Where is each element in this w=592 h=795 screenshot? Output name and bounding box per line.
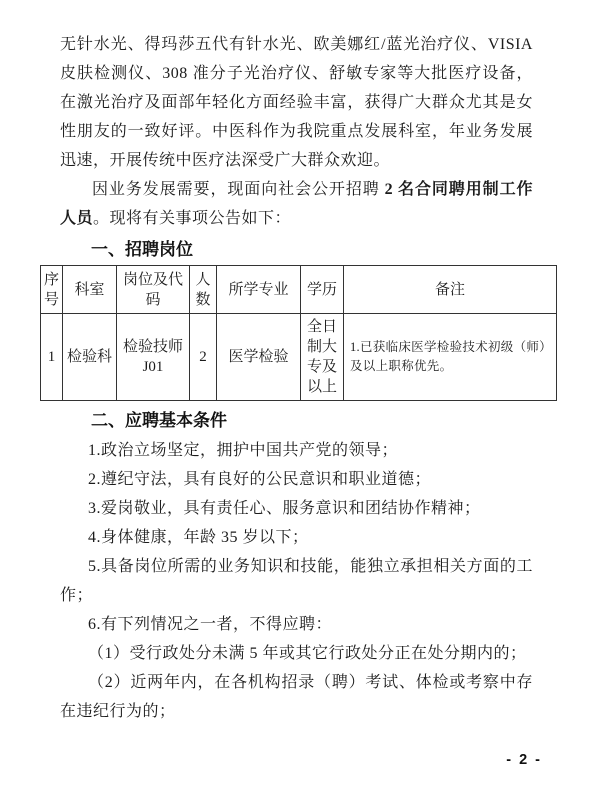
recruitment-text-post: 。现将有关事项公告如下： (93, 210, 291, 227)
conditions-list: 1.政治立场坚定，拥护中国共产党的领导； 2.遵纪守法，具有良好的公民意识和职业… (60, 436, 533, 726)
positions-table: 序号 科室 岗位及代码 人数 所学专业 学历 备注 1 检验科 检验技师 J01 (40, 265, 557, 401)
header-note: 备注 (344, 266, 557, 314)
condition-item: 6.有下列情况之一者，不得应聘： (60, 610, 533, 639)
table-header-row: 序号 科室 岗位及代码 人数 所学专业 学历 备注 (41, 266, 557, 314)
section-heading-positions: 一、招聘岗位 (60, 236, 533, 263)
recruitment-text-pre: 因业务发展需要，现面向社会公开招聘 (92, 181, 385, 198)
cell-note: 1.已获临床医学检验技术初级（师）及以上职称优先。 (344, 314, 557, 401)
cell-seq: 1 (41, 314, 63, 401)
cell-count: 2 (190, 314, 217, 401)
table-row: 1 检验科 检验技师 J01 2 医学检验 全日制大专及以上 1.已获临床医学检… (41, 314, 557, 401)
cell-position-code: 检验技师 J01 (117, 314, 190, 401)
intro-paragraph: 无针水光、得玛莎五代有针水光、欧美娜红/蓝光治疗仪、VISIA皮肤检测仪、308… (60, 30, 533, 175)
condition-item: （2）近两年内，在各机构招录（聘）考试、体检或考察中存在违纪行为的； (60, 668, 533, 726)
cell-code: J01 (119, 357, 187, 377)
condition-item: 3.爱岗敬业，具有责任心、服务意识和团结协作精神； (60, 494, 533, 523)
recruitment-paragraph: 因业务发展需要，现面向社会公开招聘 2 名合同聘用制工作人员。现将有关事项公告如… (60, 175, 533, 233)
header-education: 学历 (301, 266, 344, 314)
cell-major: 医学检验 (217, 314, 301, 401)
condition-item: （1）受行政处分未满 5 年或其它行政处分正在处分期内的； (60, 639, 533, 668)
condition-item: 4.身体健康，年龄 35 岁以下； (60, 523, 533, 552)
document-page: 无针水光、得玛莎五代有针水光、欧美娜红/蓝光治疗仪、VISIA皮肤检测仪、308… (0, 0, 592, 795)
document-content: 无针水光、得玛莎五代有针水光、欧美娜红/蓝光治疗仪、VISIA皮肤检测仪、308… (60, 30, 533, 726)
condition-item: 2.遵纪守法，具有良好的公民意识和职业道德； (60, 465, 533, 494)
section-heading-requirements: 二、应聘基本条件 (60, 407, 533, 434)
header-seq: 序号 (41, 266, 63, 314)
condition-item: 1.政治立场坚定，拥护中国共产党的领导； (60, 436, 533, 465)
cell-position: 检验技师 (119, 337, 187, 357)
condition-item: 5.具备岗位所需的业务知识和技能，能独立承担相关方面的工作； (60, 552, 533, 610)
cell-department: 检验科 (63, 314, 117, 401)
cell-education: 全日制大专及以上 (301, 314, 344, 401)
header-position-code: 岗位及代码 (117, 266, 190, 314)
header-department: 科室 (63, 266, 117, 314)
header-major: 所学专业 (217, 266, 301, 314)
header-count: 人数 (190, 266, 217, 314)
page-number: - 2 - (506, 752, 542, 768)
